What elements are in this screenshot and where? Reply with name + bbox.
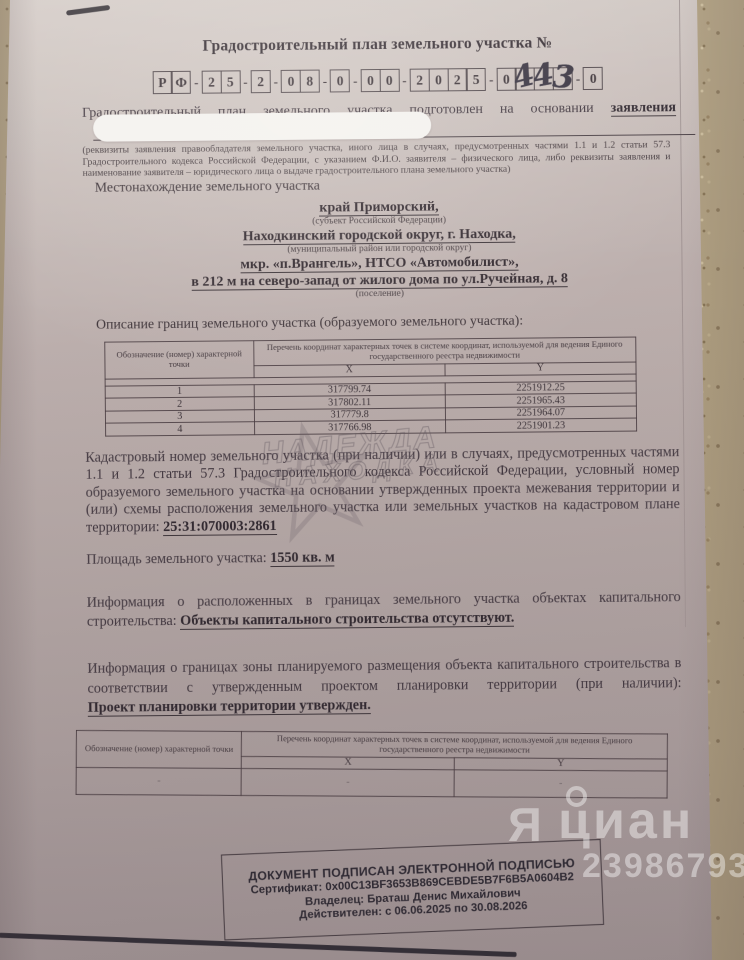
number-cell: Ф: [171, 71, 191, 94]
coordinates-table: Обозначение (номер) характерной точкиПер…: [76, 730, 668, 798]
number-cell: 0: [330, 69, 350, 92]
boundaries-heading: Описание границ земельного участка (обра…: [96, 313, 523, 333]
table-cell: -: [454, 770, 667, 798]
table-cell: 2251901.23: [445, 418, 636, 432]
number-cell: 5: [466, 68, 486, 91]
plan-number-boxes: РФ-25-2-08-0-00-2025-0443-0: [69, 66, 687, 95]
number-separator: -: [402, 72, 406, 88]
number-separator: -: [194, 74, 198, 90]
number-cell: 0: [360, 69, 380, 92]
capital-objects-value: Объекты капитального строительства отсут…: [180, 610, 514, 630]
location-block: край Приморский,(субъект Российской Феде…: [83, 196, 676, 303]
number-cell: Р: [152, 71, 172, 94]
number-separator: -: [243, 74, 247, 90]
number-box-group: 0: [330, 69, 350, 92]
location-label: Местонахождение земельного участка: [95, 178, 320, 196]
number-box-group: 0443: [496, 67, 573, 91]
number-box-group: 2025: [410, 68, 487, 92]
sheet-edge-line: [679, 0, 686, 627]
table-header-point: Обозначение (номер) характерной точки: [105, 341, 254, 379]
number-box-group: 25: [201, 70, 240, 93]
table-header-coords: Перечень координат характерных точек в с…: [242, 731, 668, 758]
number-cell: 4: [534, 67, 554, 90]
number-cell: 0: [496, 68, 516, 91]
number-separator: -: [274, 73, 278, 89]
redaction-bar: [93, 111, 431, 141]
table-header-coords: Перечень координат характерных точек в с…: [253, 337, 636, 365]
fine-print-note: (реквизиты заявления правообладателя зем…: [82, 139, 670, 180]
table-header-point: Обозначение (номер) характерной точки: [76, 730, 242, 768]
basis-value: заявления: [611, 100, 677, 117]
planning-zone-value: Проект планировки территории утвержден.: [88, 697, 371, 717]
number-cell: 5: [220, 70, 240, 93]
number-separator: -: [353, 73, 357, 89]
table-row: ---: [76, 767, 667, 798]
number-cell: 0: [583, 67, 603, 90]
number-cell: 8: [300, 70, 320, 93]
number-cell: 4: [515, 67, 535, 90]
number-cell: 2: [410, 69, 430, 92]
number-cell: 3: [553, 67, 573, 90]
number-cell: 2: [447, 68, 467, 91]
page-title: Градостроительный план земельного участк…: [81, 33, 673, 57]
planning-zone-text: Информация о границах зоны планируемого …: [87, 654, 681, 699]
number-cell: 0: [379, 69, 399, 92]
table-cell: -: [242, 768, 455, 796]
number-cell: 2: [251, 70, 271, 93]
coordinates-table-2: Обозначение (номер) характерной точкиПер…: [76, 730, 668, 798]
number-cell: 0: [428, 68, 448, 91]
area-label: Площадь земельного участка:: [86, 550, 270, 568]
signature-stamp: ДОКУМЕНТ ПОДПИСАН ЭЛЕКТРОННОЙ ПОДПИСЬЮ С…: [221, 839, 604, 941]
number-cell: 0: [281, 70, 301, 93]
number-box-group: 0: [583, 67, 603, 90]
number-box-group: 00: [360, 69, 399, 92]
number-box-group: 08: [281, 70, 320, 93]
number-separator: -: [576, 71, 580, 87]
document-photo: { "title": "Градостроительный план земел…: [0, 0, 744, 960]
number-separator: -: [323, 73, 327, 89]
table-cell: -: [76, 767, 242, 795]
number-separator: -: [489, 71, 493, 87]
planning-zone-paragraph: Информация о границах зоны планируемого …: [87, 654, 682, 718]
capital-objects-paragraph: Информация о расположенных в границах зе…: [87, 588, 681, 632]
pen-mark: [66, 5, 110, 15]
number-box-group: РФ: [152, 71, 191, 94]
number-cell: 2: [201, 71, 221, 94]
document-content: Градостроительный план земельного участк…: [0, 0, 744, 960]
number-box-group: 2: [251, 70, 271, 93]
handwritten-digit: 3: [552, 58, 576, 96]
